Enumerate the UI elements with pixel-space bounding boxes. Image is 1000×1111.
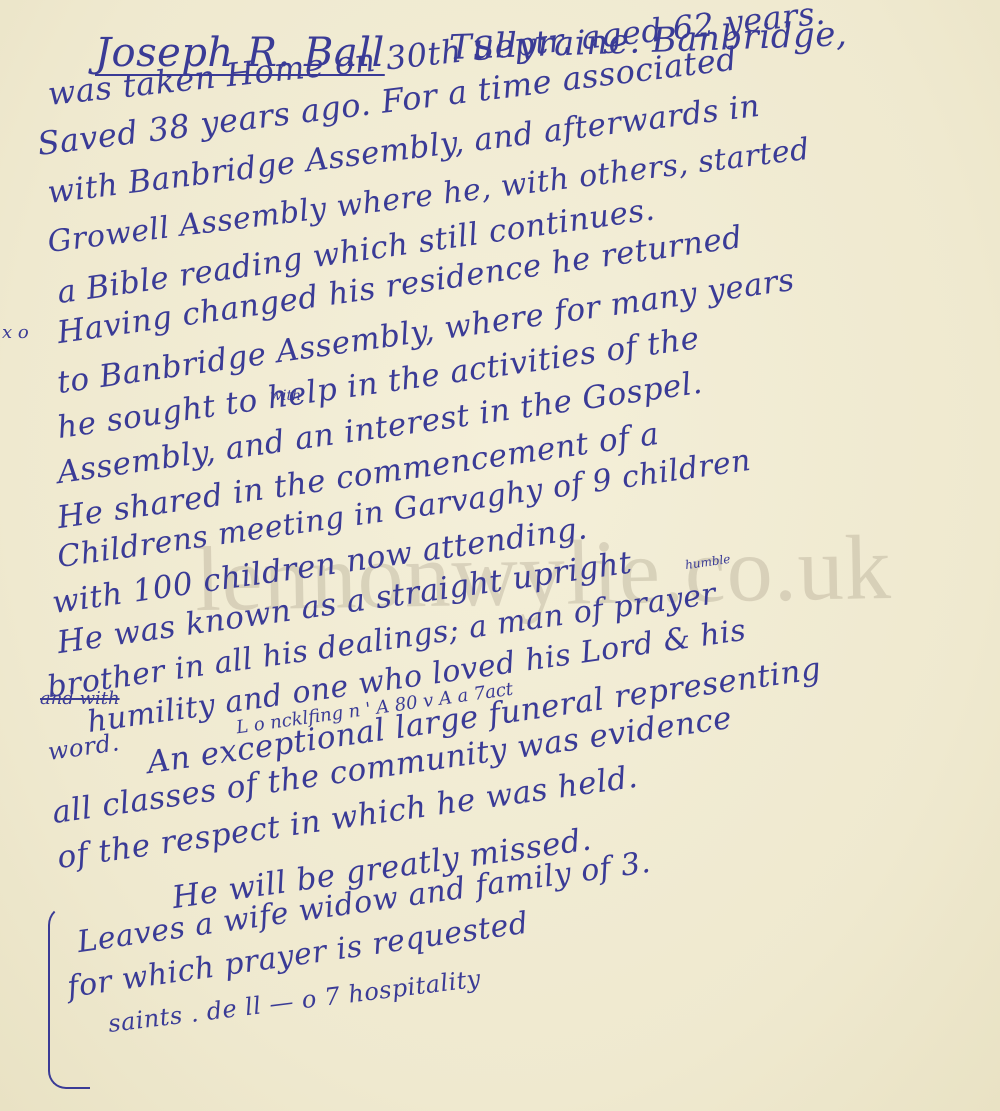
margin-mark: x o	[2, 322, 29, 343]
